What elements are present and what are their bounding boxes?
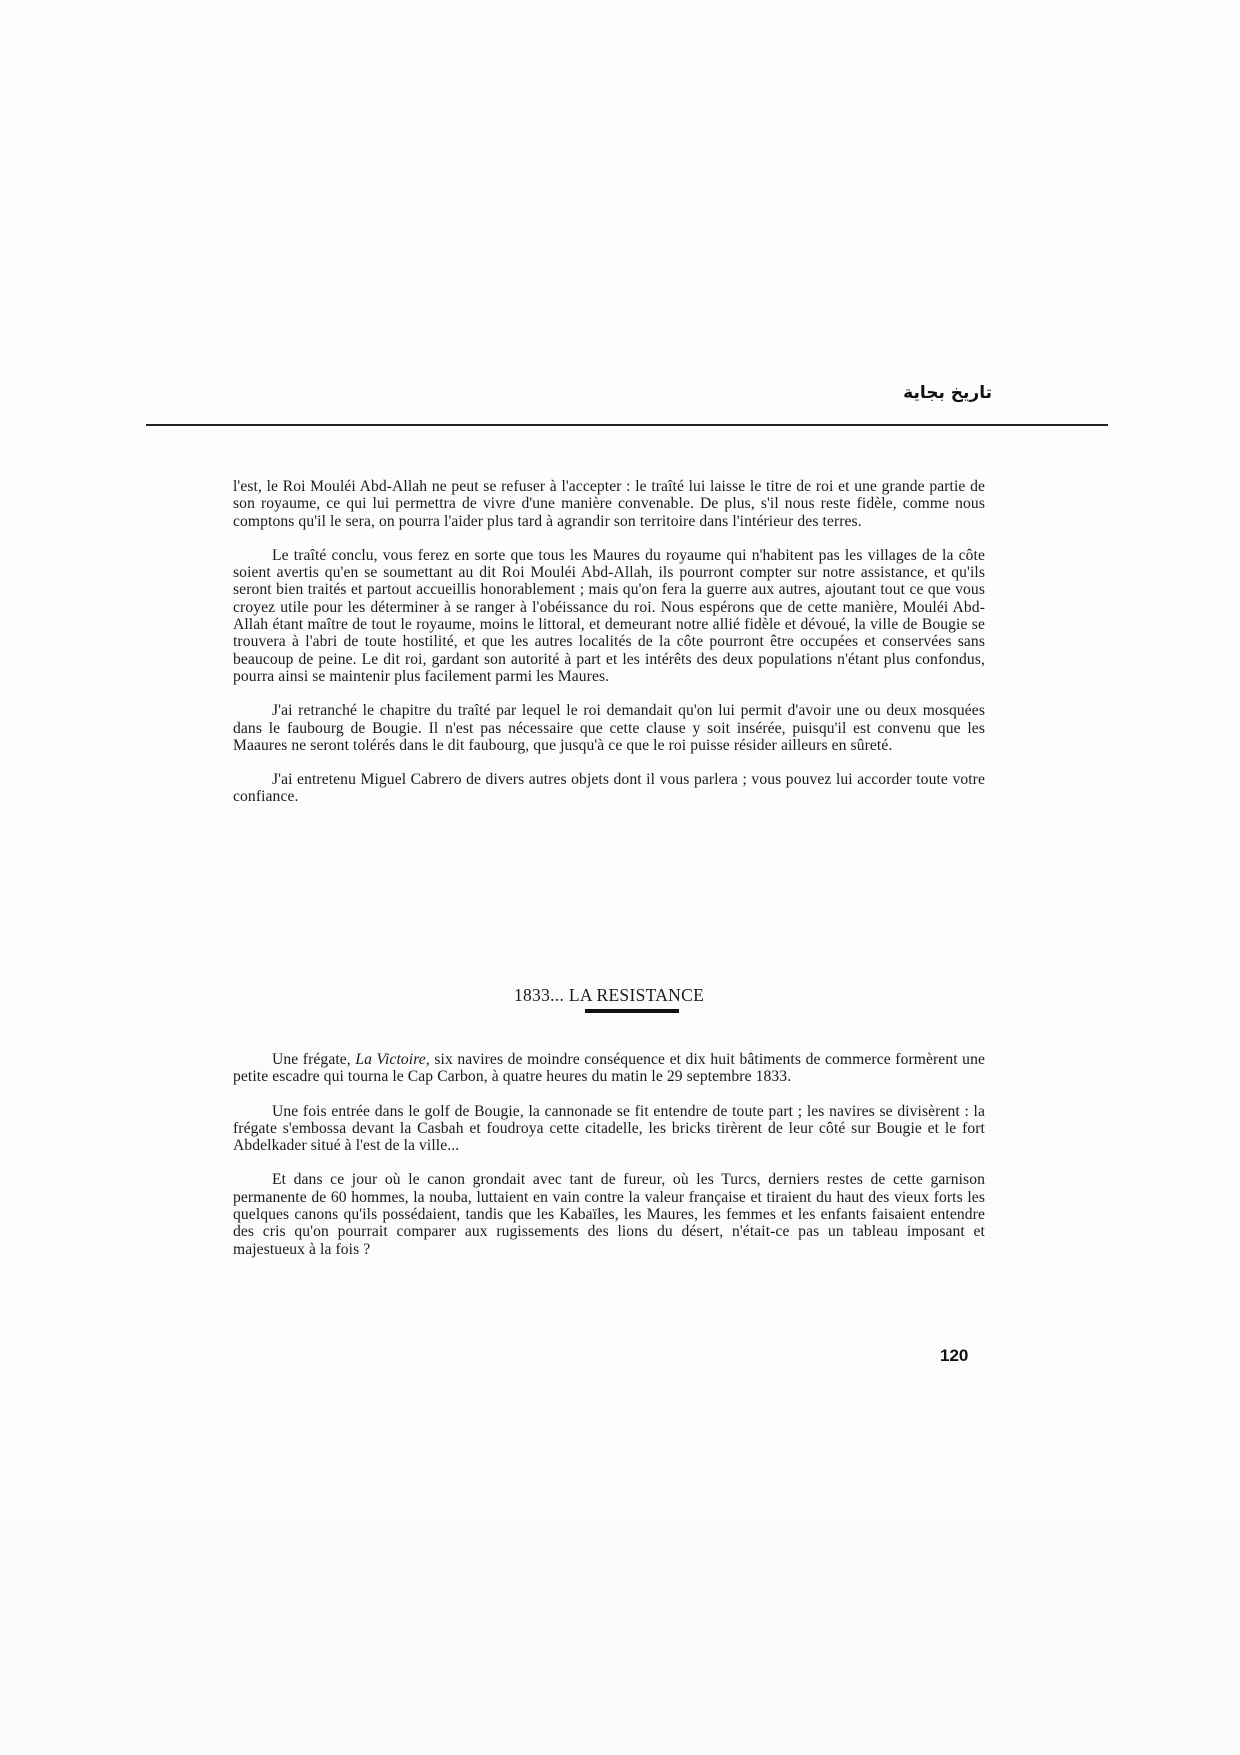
paragraph: J'ai retranché le chapitre du traîté par… <box>233 702 985 754</box>
page-number: 120 <box>940 1346 968 1366</box>
section-title: 1833... LA RESISTANCE <box>514 985 704 1006</box>
paragraph: l'est, le Roi Mouléi Abd-Allah ne peut s… <box>233 478 985 530</box>
paragraph: Une fois entrée dans le golf de Bougie, … <box>233 1103 985 1155</box>
document-page: تاريخ بجاية l'est, le Roi Mouléi Abd-All… <box>0 0 1240 1755</box>
letter-continuation: l'est, le Roi Mouléi Abd-Allah ne peut s… <box>233 478 985 823</box>
paragraph: Une frégate, La Victoire, six navires de… <box>233 1051 985 1086</box>
paragraph: J'ai entretenu Miguel Cabrero de divers … <box>233 771 985 806</box>
ship-name-italic: La Victoire <box>355 1051 426 1068</box>
paragraph: Et dans ce jour où le canon grondait ave… <box>233 1171 985 1257</box>
section-title-underline <box>585 1009 679 1013</box>
paragraph: Le traîté conclu, vous ferez en sorte qu… <box>233 547 985 685</box>
header-rule <box>146 424 1108 426</box>
text-run: Une frégate, <box>272 1051 355 1068</box>
running-head-title: تاريخ بجاية <box>903 383 992 403</box>
section-body: Une frégate, La Victoire, six navires de… <box>233 1051 985 1275</box>
section-heading: 1833... LA RESISTANCE <box>233 985 985 1013</box>
